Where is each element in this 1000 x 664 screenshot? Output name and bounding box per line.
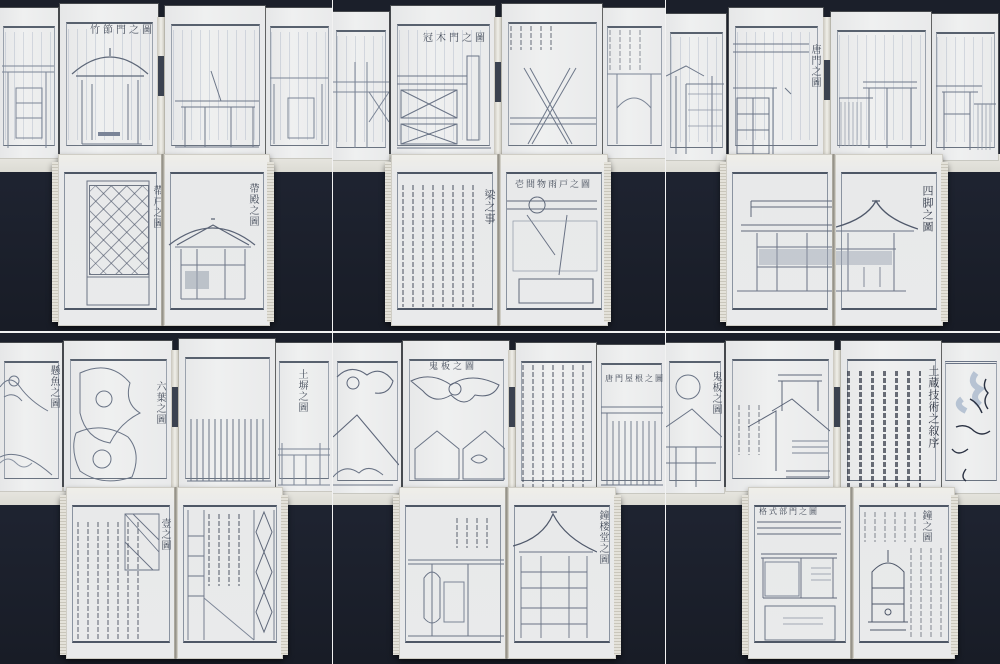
back-page	[603, 8, 665, 158]
back-book-row: 懸魚之圖 六葉之圖	[0, 337, 332, 503]
figure-caption: 帶戸之圖	[151, 185, 161, 229]
back-page	[666, 14, 726, 160]
photo-panel-4: 懸魚之圖 六葉之圖	[0, 333, 332, 664]
spine-label	[824, 60, 830, 100]
back-book-row: 唐門之圖	[666, 4, 1000, 170]
open-book: 鐘楼堂之圖	[393, 487, 621, 659]
figure-caption: 格式部門之圖	[759, 508, 819, 516]
figure-caption: 土塀之圖	[296, 369, 306, 413]
back-page	[726, 341, 834, 491]
spine-label	[158, 56, 164, 96]
spine-label	[834, 387, 840, 427]
back-page: 唐門之圖	[729, 8, 823, 158]
page-edges	[951, 495, 958, 655]
vertical-text	[738, 405, 766, 455]
vertical-text	[609, 30, 649, 70]
page-edges	[267, 162, 274, 322]
section-heading: 梁之事	[484, 189, 495, 225]
photo-panel-5: 鬼板之圖 唐門屋根之圖	[333, 333, 665, 664]
vertical-text	[864, 512, 916, 542]
back-page	[516, 343, 596, 493]
right-page: 四脚之圖	[835, 154, 943, 326]
back-page: 土蔵技術之叙序	[841, 341, 941, 493]
left-page: 梁之事	[391, 154, 499, 326]
page-edges	[614, 495, 621, 655]
page-edges	[281, 495, 288, 655]
back-page: 冠木門之圖	[391, 6, 495, 158]
right-page: 壱間物雨戸之圖	[500, 154, 608, 326]
photo-panel-2: 冠木門之圖	[333, 0, 665, 331]
vertical-text	[456, 518, 494, 548]
left-page: 壹之圖	[66, 487, 176, 659]
figure-caption: 冠木門之圖	[423, 34, 488, 44]
back-book-row: 竹節門之圖	[0, 4, 332, 170]
figure-caption: 竹節門之圖	[90, 26, 155, 36]
photo-collage: 竹節門之圖	[0, 0, 1000, 664]
calligraphy-text	[847, 371, 921, 487]
left-page	[726, 154, 834, 326]
back-book-row: 鬼板之圖 土蔵技術之叙序	[666, 337, 1000, 503]
open-book: 帶戸之圖 帶殿之圖	[52, 154, 274, 326]
photo-panel-3: 唐門之圖	[666, 0, 1000, 331]
right-page: 鐘之圖	[853, 487, 955, 659]
photo-panel-6: 鬼板之圖 土蔵技術之叙序	[666, 333, 1000, 664]
back-book-row: 冠木門之圖	[333, 4, 665, 170]
back-page	[266, 8, 332, 158]
handwritten-text	[402, 185, 480, 307]
open-book: 四脚之圖	[720, 154, 948, 326]
vertical-text	[510, 26, 556, 50]
back-page	[165, 6, 265, 158]
figure-caption: 鐘之圖	[920, 510, 930, 543]
figure-caption: 六葉之圖	[154, 381, 164, 425]
vertical-text	[910, 548, 944, 638]
left-page: 帶戸之圖	[58, 154, 163, 326]
handwritten-text	[522, 365, 588, 487]
page-edges	[941, 162, 948, 322]
back-page	[0, 8, 58, 158]
open-book: 壹之圖	[60, 487, 288, 659]
back-page: 唐門屋根之圖	[597, 345, 665, 493]
figure-caption: 唐門屋根之圖	[605, 375, 665, 383]
back-page: 鬼板之圖	[666, 343, 724, 493]
handwritten-text	[208, 514, 248, 586]
left-page: 格式部門之圖	[748, 487, 852, 659]
back-page: 懸魚之圖	[0, 343, 62, 491]
back-page	[502, 4, 602, 158]
back-page	[932, 14, 998, 160]
left-page	[399, 487, 507, 659]
spine-label	[509, 387, 515, 427]
right-page: 鐘楼堂之圖	[508, 487, 616, 659]
back-book-row: 鬼板之圖 唐門屋根之圖	[333, 337, 665, 503]
spine-label	[495, 62, 501, 102]
figure-caption: 四脚之圖	[922, 185, 933, 233]
figure-caption: 鐘楼堂之圖	[597, 510, 607, 565]
back-page	[831, 12, 931, 158]
back-page	[333, 12, 389, 160]
preface-heading: 土蔵技術之叙序	[925, 365, 940, 449]
back-page: 鬼板之圖	[403, 341, 509, 493]
figure-caption: 壱間物雨戸之圖	[515, 181, 592, 190]
figure-caption: 鬼板之圖	[429, 363, 477, 372]
right-page: 帶殿之圖	[164, 154, 270, 326]
handwritten-text	[77, 522, 147, 640]
page-edges	[604, 162, 611, 322]
back-page: 土塀之圖	[276, 343, 332, 491]
photo-panel-1: 竹節門之圖	[0, 0, 332, 331]
back-page: 六葉之圖	[64, 341, 172, 491]
open-book: 格式部門之圖 鐘之圖	[742, 487, 958, 659]
back-page	[179, 339, 275, 491]
spine-label	[172, 387, 178, 427]
back-page: 竹節門之圖	[60, 4, 158, 158]
right-page	[177, 487, 283, 659]
back-page	[333, 343, 401, 493]
back-page	[942, 343, 1000, 493]
open-book: 梁之事 壱間物雨戸之圖	[385, 154, 611, 326]
